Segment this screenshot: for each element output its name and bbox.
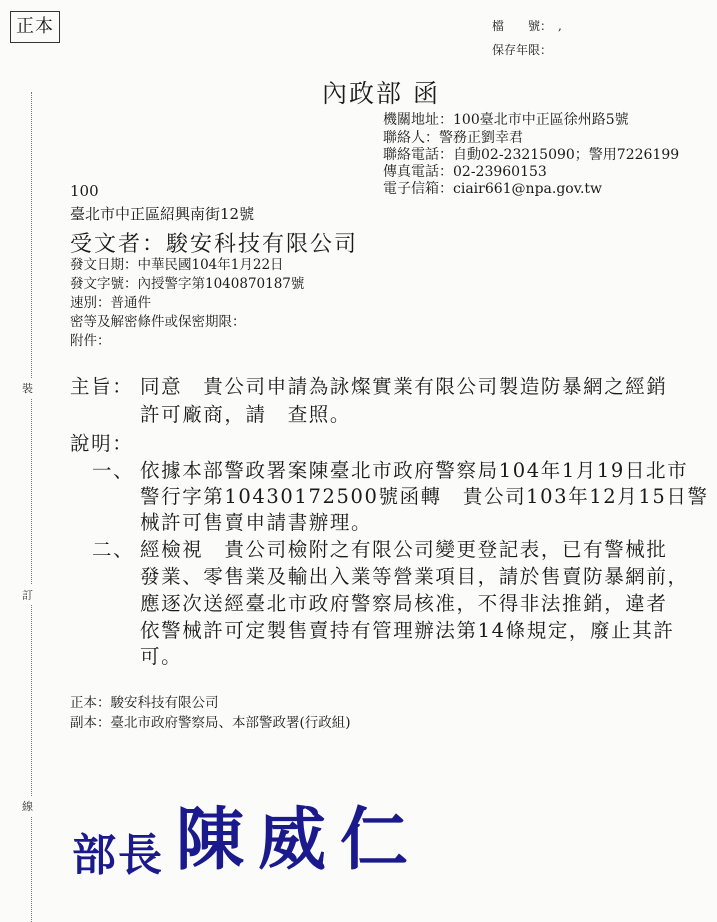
sender-phone: 聯絡電話：自動02-23215090；警用7226199 [383,146,679,164]
document-number: 發文字號：內授警字第1040870187號 [70,275,304,294]
issue-date: 發文日期：中華民國104年1月22日 [70,256,284,275]
delivery-speed: 速別：普通件 [70,294,151,313]
sender-address: 機關地址：100臺北市中正區徐州路5號 [383,111,629,129]
secrecy-level: 密等及解密條件或保密期限： [70,313,246,332]
sender-fax: 傳真電話：02-23960153 [383,163,547,181]
explanation-item-1-line: 械許可售賣申請書辦理。 [140,507,372,535]
margin-mark-line: 線 [22,796,33,816]
sender-email: 電子信箱：ciair661@npa.gov.tw [383,180,602,198]
signature-title: 部長 [72,830,164,881]
explanation-label: 說明： [70,428,133,456]
margin-mark-staple: 訂 [22,585,33,605]
subject-line-2: 許可廠商，請 查照。 [140,399,351,427]
recipient-street: 臺北市中正區紹興南街12號 [70,203,254,224]
sender-contact-person: 聯絡人：警務正劉幸君 [383,129,523,147]
explanation-item-1-line: 依據本部警政署案陳臺北市政府警察局104年1月19日北市 [140,455,688,483]
subject-line-1: 同意 貴公司申請為詠燦實業有限公司製造防暴網之經銷 [140,371,668,399]
attachments: 附件： [70,332,111,351]
explanation-item-2-line: 經檢視 貴公司檢附之有限公司變更登記表，已有警械批 [140,534,668,562]
recipient-zip: 100 [70,182,99,200]
explanation-item-2-line: 應逐次送經臺北市政府警察局核准，不得非法推銷，違者 [140,588,668,616]
explanation-item-2-line: 發業、零售業及輸出入業等營業項目，請於售賣防暴網前， [140,561,689,589]
explanation-item-1-line: 警行字第10430172500號函轉 貴公司103年12月15日警 [140,481,709,509]
minister-signature: 部長陳威仁 [72,786,422,883]
margin-mark-bind: 裝 [22,378,33,398]
recipient: 受文者：駿安科技有限公司 [70,227,358,258]
original-copy-stamp: 正本 [10,11,60,43]
file-number: 檔 號： , [492,17,562,34]
explanation-item-2-line: 依警械許可定製售賣持有管理辦法第14條規定，廢止其許 [140,615,674,643]
retention-period: 保存年限： [492,41,552,58]
explanation-item-1-number: 一、 [92,455,134,483]
explanation-item-2-line: 可。 [140,641,182,669]
original-recipient: 正本：駿安科技有限公司 [70,691,219,711]
signature-name: 陳威仁 [176,800,422,880]
document-title: 內政部 函 [322,74,440,110]
copy-recipients: 副本：臺北市政府警察局、本部警政署(行政組) [70,711,351,731]
subject-label: 主旨： [70,371,133,399]
explanation-item-2-number: 二、 [92,534,134,562]
